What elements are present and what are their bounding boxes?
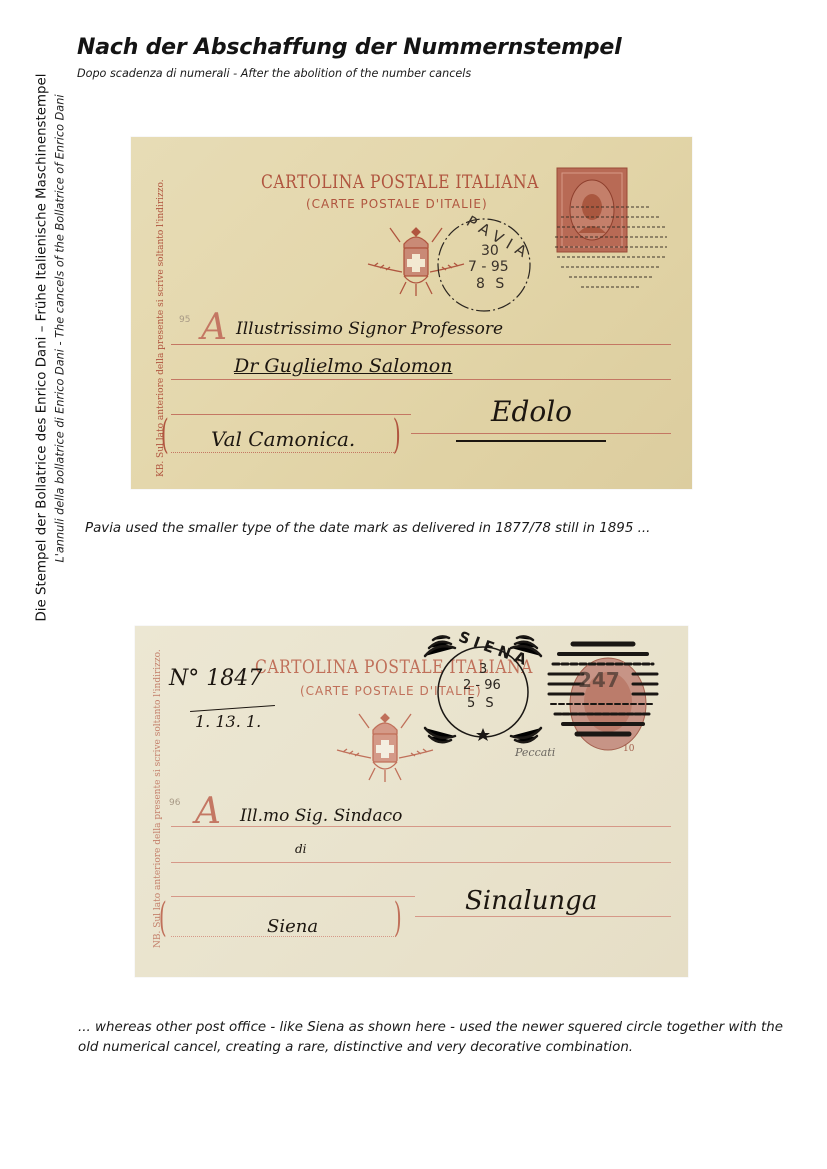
numeral-cancel-number: 247 <box>578 668 620 692</box>
address-prefix: A <box>201 307 227 348</box>
page-subtitle: Dopo scadenza di numerali - After the ab… <box>77 67 471 80</box>
address-line-4: Val Camonica. <box>211 427 355 451</box>
card-header: CARTOLINA POSTALE ITALIANA <box>261 171 539 193</box>
address-line-1: Ill.mo Sig. Sindaco <box>240 806 402 826</box>
postmark-day: 3 <box>479 662 487 677</box>
address-line-2: Dr Guglielmo Salomon <box>234 355 452 377</box>
postcard-siena: NB. Sul lato anteriore della presente si… <box>135 626 688 977</box>
address-line-2: di <box>295 842 307 856</box>
docket-date: 1. 13. 1. <box>195 712 261 731</box>
postmark-date: 7 - 95 <box>468 259 509 275</box>
side-subtitle: L'annuli della bollatrice di Enrico Dani… <box>54 39 67 619</box>
print-number: 95 <box>179 315 190 325</box>
postmark-date: 2 - 96 <box>463 678 501 693</box>
side-titles: Die Stempel der Bollatrice des Enrico Da… <box>14 40 64 660</box>
grid-cancel-icon <box>551 197 671 297</box>
caption-second: ... whereas other post office - like Sie… <box>78 1018 798 1058</box>
receiver-note: Peccati <box>515 746 555 759</box>
address-line-1: Illustrissimo Signor Professore <box>236 319 503 339</box>
address-line-4: Siena <box>267 916 318 937</box>
caption-first: Pavia used the smaller type of the date … <box>85 521 650 536</box>
postmark-time: 5 S <box>467 696 497 711</box>
postmark-day: 30 <box>481 243 499 259</box>
side-title: Die Stempel der Bollatrice des Enrico Da… <box>35 38 50 658</box>
stamp-value: 10 <box>623 744 634 754</box>
address-line-3: Edolo <box>491 395 572 428</box>
postcard-pavia: KB. Sul lato anteriore della presente si… <box>131 137 692 489</box>
docket-number: N° 1847 <box>169 666 262 691</box>
page-title: Nach der Abschaffung der Nummernstempel <box>77 35 622 60</box>
postmark-time: 8 S <box>476 276 507 292</box>
card-subheader: (CARTE POSTALE D'ITALIE) <box>306 197 488 211</box>
address-line-3: Sinalunga <box>465 886 597 916</box>
coat-of-arms-icon <box>335 708 435 788</box>
print-number: 96 <box>169 798 180 808</box>
